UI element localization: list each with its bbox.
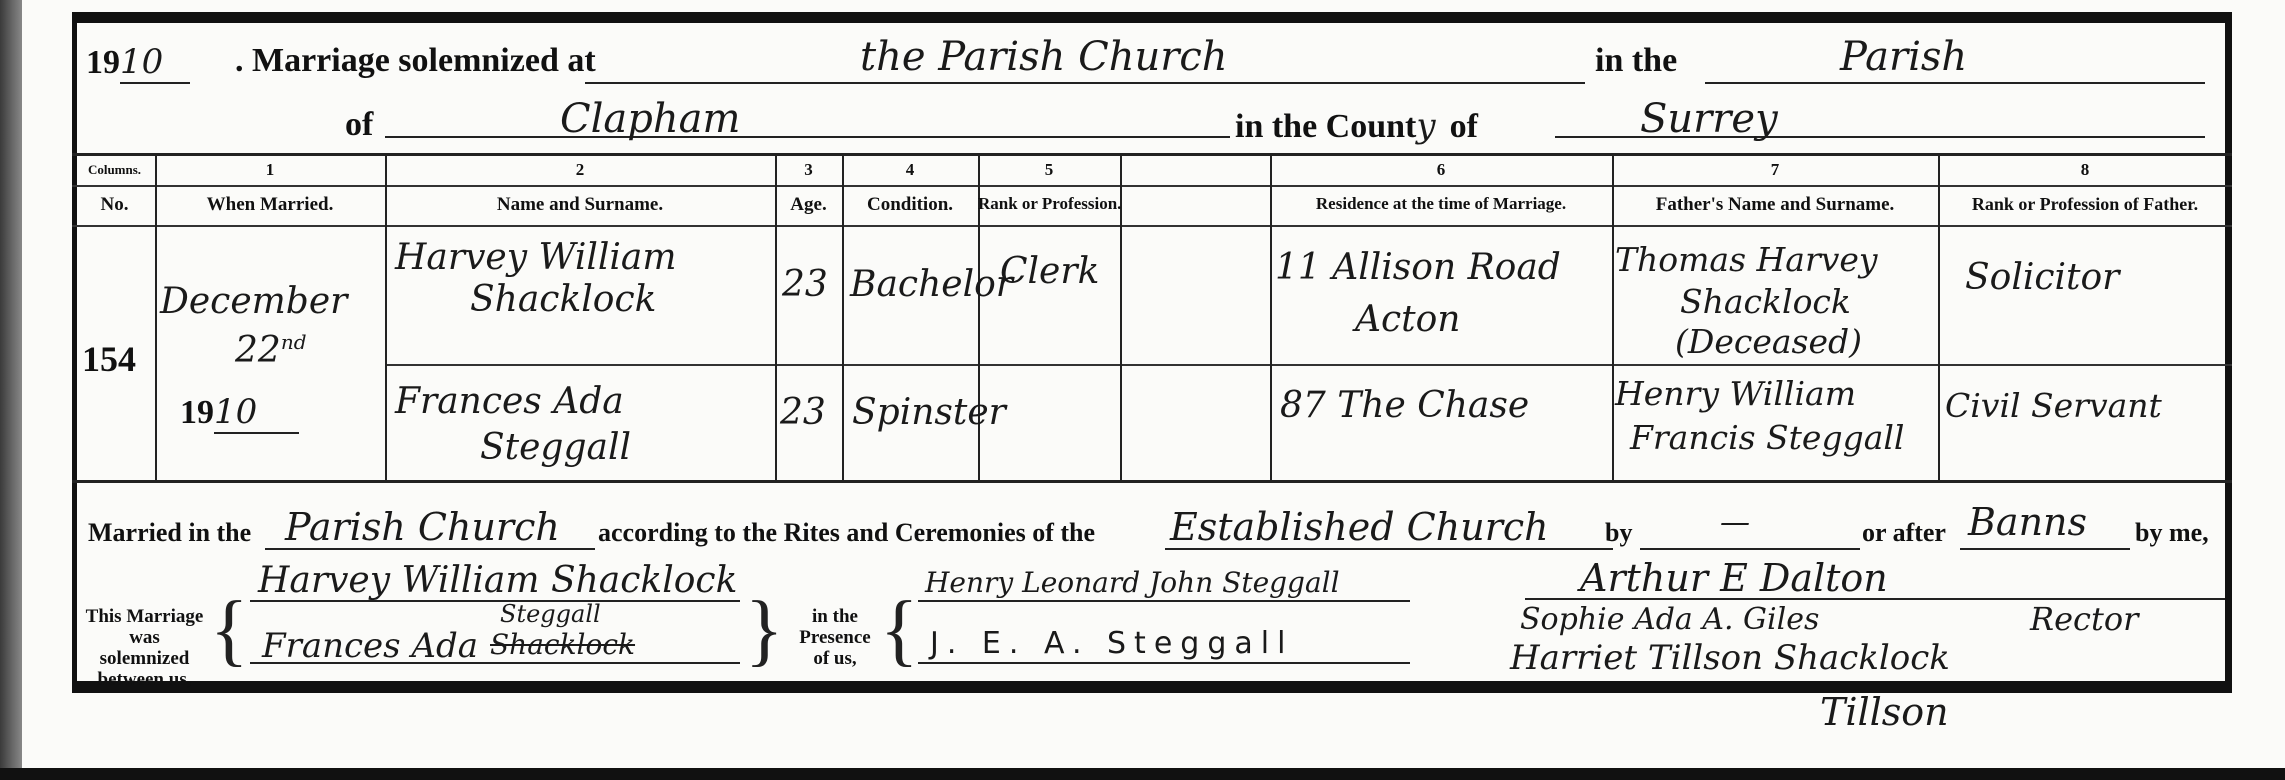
column-number-3: 3 — [775, 160, 842, 180]
bride-father-line2: Francis Steggall — [1630, 418, 1905, 458]
place-value: the Parish Church — [860, 34, 1228, 80]
rites-value: Established Church — [1170, 505, 1549, 549]
bride-name-line1: Frances Ada — [395, 382, 624, 422]
district-type-value: Parish — [1840, 34, 1967, 80]
groom-father-line1: Thomas Harvey — [1615, 240, 1878, 280]
header-rank: Rank or Profession. — [978, 194, 1120, 214]
by-value: — — [1720, 505, 1750, 540]
header-name: Name and Surname. — [385, 194, 775, 216]
bride-residence-line1: 87 The Chase — [1280, 386, 1529, 426]
or-after-line — [1960, 548, 2130, 550]
party-2-struck-surname: Shacklock — [490, 628, 635, 661]
column-number-1: 1 — [155, 160, 385, 180]
county-of-text: of — [1450, 108, 1478, 145]
county-label-text: in the Count — [1235, 108, 1416, 145]
header-father-rank: Rank or Profession of Father. — [1938, 194, 2232, 215]
rites-label: according to the Rites and Ceremonies of… — [598, 518, 1095, 548]
marriage-day-suffix: nd — [281, 330, 307, 354]
marriage-year: 1910 — [180, 392, 299, 434]
by-label: by — [1605, 518, 1632, 548]
table-top-rule — [72, 153, 2232, 156]
place-line — [585, 82, 1585, 84]
marriage-year-prefix: 19 — [180, 394, 214, 431]
witness-2-line — [918, 662, 1410, 664]
groom-residence-line2: Acton — [1355, 300, 1461, 340]
header-father-name: Father's Name and Surname. — [1612, 194, 1938, 216]
groom-father-profession: Solicitor — [1965, 258, 2119, 298]
groom-father-line2: Shacklock — [1680, 282, 1851, 322]
or-after-label: or after — [1862, 518, 1946, 548]
district-name-line — [385, 136, 1230, 138]
groom-profession: Clerk — [1000, 252, 1099, 292]
scan-bottom-edge — [0, 768, 2285, 780]
column-number-2: 2 — [385, 160, 775, 180]
header-no: No. — [74, 194, 155, 216]
bride-father-line1: Henry William — [1615, 374, 1856, 414]
witness-4-extra: Tillson — [1820, 690, 1949, 734]
county-label: in the Countyof — [1235, 106, 1478, 146]
bride-name-line2: Steggall — [480, 428, 631, 468]
between-us-label: This Marriage was solemnized between us, — [82, 606, 207, 690]
between-line-3: between us, — [82, 669, 207, 690]
party-1-signature: Harvey William Shacklock — [258, 560, 737, 601]
right-brace-icon: } — [745, 590, 783, 670]
column-number-8: 8 — [1938, 160, 2232, 180]
groom-name-line1: Harvey William — [395, 238, 677, 278]
in-the-label: in the — [1595, 42, 1677, 80]
year-prefix: 19 — [86, 44, 120, 81]
groom-condition: Bachelor — [850, 265, 1013, 305]
header-age: Age. — [775, 194, 842, 216]
marriage-month: December — [160, 282, 347, 322]
or-after-value: Banns — [1968, 500, 2087, 544]
district-type-line — [1705, 82, 2205, 84]
year-suffix: 10 — [120, 42, 190, 84]
marriage-day: 22nd — [235, 322, 307, 371]
row-divider-rule — [385, 364, 2232, 366]
header-bottom-rule — [72, 225, 2232, 227]
header-residence: Residence at the time of Marriage. — [1270, 194, 1612, 214]
presence-line-3: of us, — [790, 648, 880, 669]
between-line-1: This Marriage — [82, 606, 207, 627]
groom-name-line2: Shacklock — [470, 280, 656, 320]
entry-number: 154 — [82, 338, 136, 380]
between-line-2: was solemnized — [82, 627, 207, 669]
column-number-5: 5 — [978, 160, 1120, 180]
witness-3-signature: Sophie Ada A. Giles — [1520, 602, 1819, 637]
officiant-signature: Arthur E Dalton — [1580, 556, 1888, 600]
presence-line-2: Presence — [790, 627, 880, 648]
presence-label: in the Presence of us, — [790, 606, 880, 669]
left-brace-icon: { — [210, 590, 248, 670]
married-in-label: Married in the — [88, 518, 251, 548]
presence-brace-icon: { — [880, 590, 918, 670]
column-number-4: 4 — [842, 160, 978, 180]
party-2-signature: Frances Ada — [262, 626, 478, 666]
column-number-6: 6 — [1270, 160, 1612, 180]
district-name-value: Clapham — [560, 96, 740, 142]
bride-condition: Spinster — [852, 393, 1006, 433]
marriage-day-number: 22 — [235, 330, 281, 371]
by-line — [1640, 548, 1860, 550]
header-mid-rule — [72, 185, 2232, 187]
groom-father-line3: (Deceased) — [1675, 322, 1862, 362]
party-2-correction: Steggall — [500, 600, 601, 628]
witness-2-signature: J. E. A. Steggall — [930, 626, 1293, 661]
top-border-bar — [72, 12, 2232, 23]
table-bottom-rule — [72, 480, 2232, 483]
groom-age: 23 — [782, 265, 828, 305]
officiant-title: Rector — [2030, 600, 2138, 638]
married-in-value: Parish Church — [285, 505, 560, 549]
of-label: of — [345, 106, 373, 144]
scan-left-edge — [0, 0, 22, 780]
header-condition: Condition. — [842, 194, 978, 216]
groom-residence-line1: 11 Allison Road — [1275, 248, 1561, 288]
presence-line-1: in the — [790, 606, 880, 627]
column-number-7: 7 — [1612, 160, 1938, 180]
bride-father-profession: Civil Servant — [1945, 386, 2162, 426]
columns-label: Columns. — [74, 162, 155, 178]
marriage-year-suffix: 10 — [214, 392, 299, 434]
by-me-label: by me, — [2135, 518, 2209, 548]
header-when-married: When Married. — [155, 194, 385, 216]
solemnized-label: . Marriage solemnized at — [235, 42, 596, 80]
county-value: Surrey — [1640, 96, 1778, 142]
heading-year: 1910 — [86, 42, 190, 84]
county-label-y: y — [1416, 106, 1435, 146]
witness-4-signature: Harriet Tillson Shacklock — [1510, 638, 1950, 678]
witness-1-line — [918, 600, 1410, 602]
bride-age: 23 — [780, 393, 826, 433]
witness-1-signature: Henry Leonard John Steggall — [925, 566, 1340, 599]
